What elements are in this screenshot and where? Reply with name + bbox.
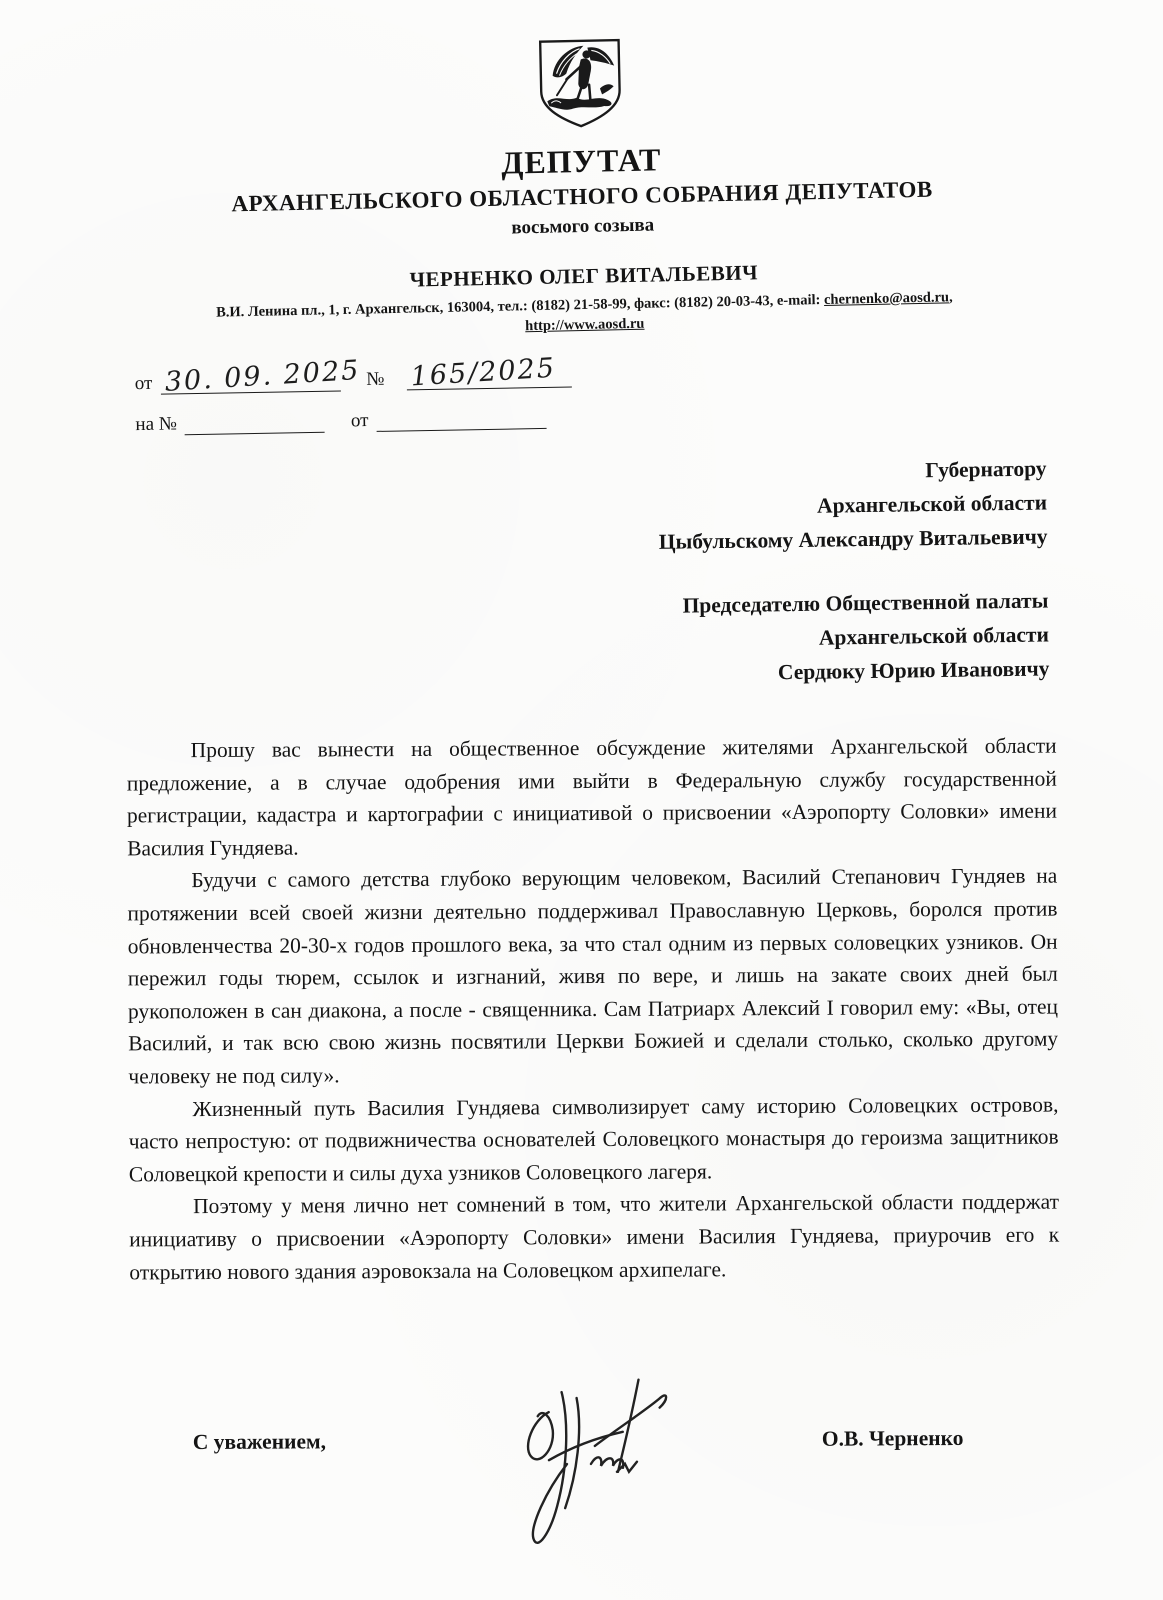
coat-of-arms-emblem <box>529 33 631 133</box>
handwritten-signature <box>504 1345 705 1566</box>
signature-block: С уважением, О.В. Черненко <box>0 1363 1163 1589</box>
closing-phrase: С уважением, <box>193 1429 326 1455</box>
paragraph-4: Поэтому у меня лично нет сомнений в том,… <box>129 1186 1059 1289</box>
reply-number-field <box>185 402 326 435</box>
email-link[interactable]: chernenko@aosd.ru <box>824 289 949 308</box>
signatory-name: О.В. Черненко <box>822 1426 964 1452</box>
recipient-governor: Губернатору Архангельской области Цыбуль… <box>0 451 1048 568</box>
handwritten-number: 165/2025 <box>409 353 556 393</box>
reference-row-reply: на № от <box>135 397 605 436</box>
reference-block: от 30. 09. 2025 № 165/2025 на № от <box>134 356 605 436</box>
recipients: Губернатору Архангельской области Цыбуль… <box>0 450 1163 700</box>
reply-date-field <box>376 398 547 432</box>
reply-label: на № <box>135 413 177 436</box>
reply-from-label: от <box>351 410 369 432</box>
website-link[interactable]: http://www.aosd.ru <box>525 316 645 334</box>
paragraph-2: Будучи с самого детства глубоко верующим… <box>127 860 1058 1093</box>
from-label: от <box>135 373 153 395</box>
letterhead: ДЕПУТАТ АРХАНГЕЛЬСКОГО ОБЛАСТНОГО СОБРАН… <box>0 0 1163 346</box>
paragraph-1: Прошу вас вынести на общественное обсужд… <box>127 730 1058 865</box>
letter-body: Прошу вас вынести на общественное обсужд… <box>127 730 1060 1289</box>
number-label: № <box>366 369 385 391</box>
reference-row-outgoing: от 30. 09. 2025 № 165/2025 <box>134 356 604 395</box>
recipient-public-chamber: Председателю Общественной палаты Арханге… <box>0 583 1049 700</box>
number-field: 165/2025 <box>406 356 572 390</box>
date-field: 30. 09. 2025 <box>160 361 341 395</box>
contact-suffix: , <box>949 289 953 305</box>
paragraph-3: Жизненный путь Василия Гундяева символиз… <box>128 1088 1058 1191</box>
handwritten-date: 30. 09. 2025 <box>163 355 360 398</box>
letter-page: ДЕПУТАТ АРХАНГЕЛЬСКОГО ОБЛАСТНОГО СОБРАН… <box>0 0 1163 1600</box>
